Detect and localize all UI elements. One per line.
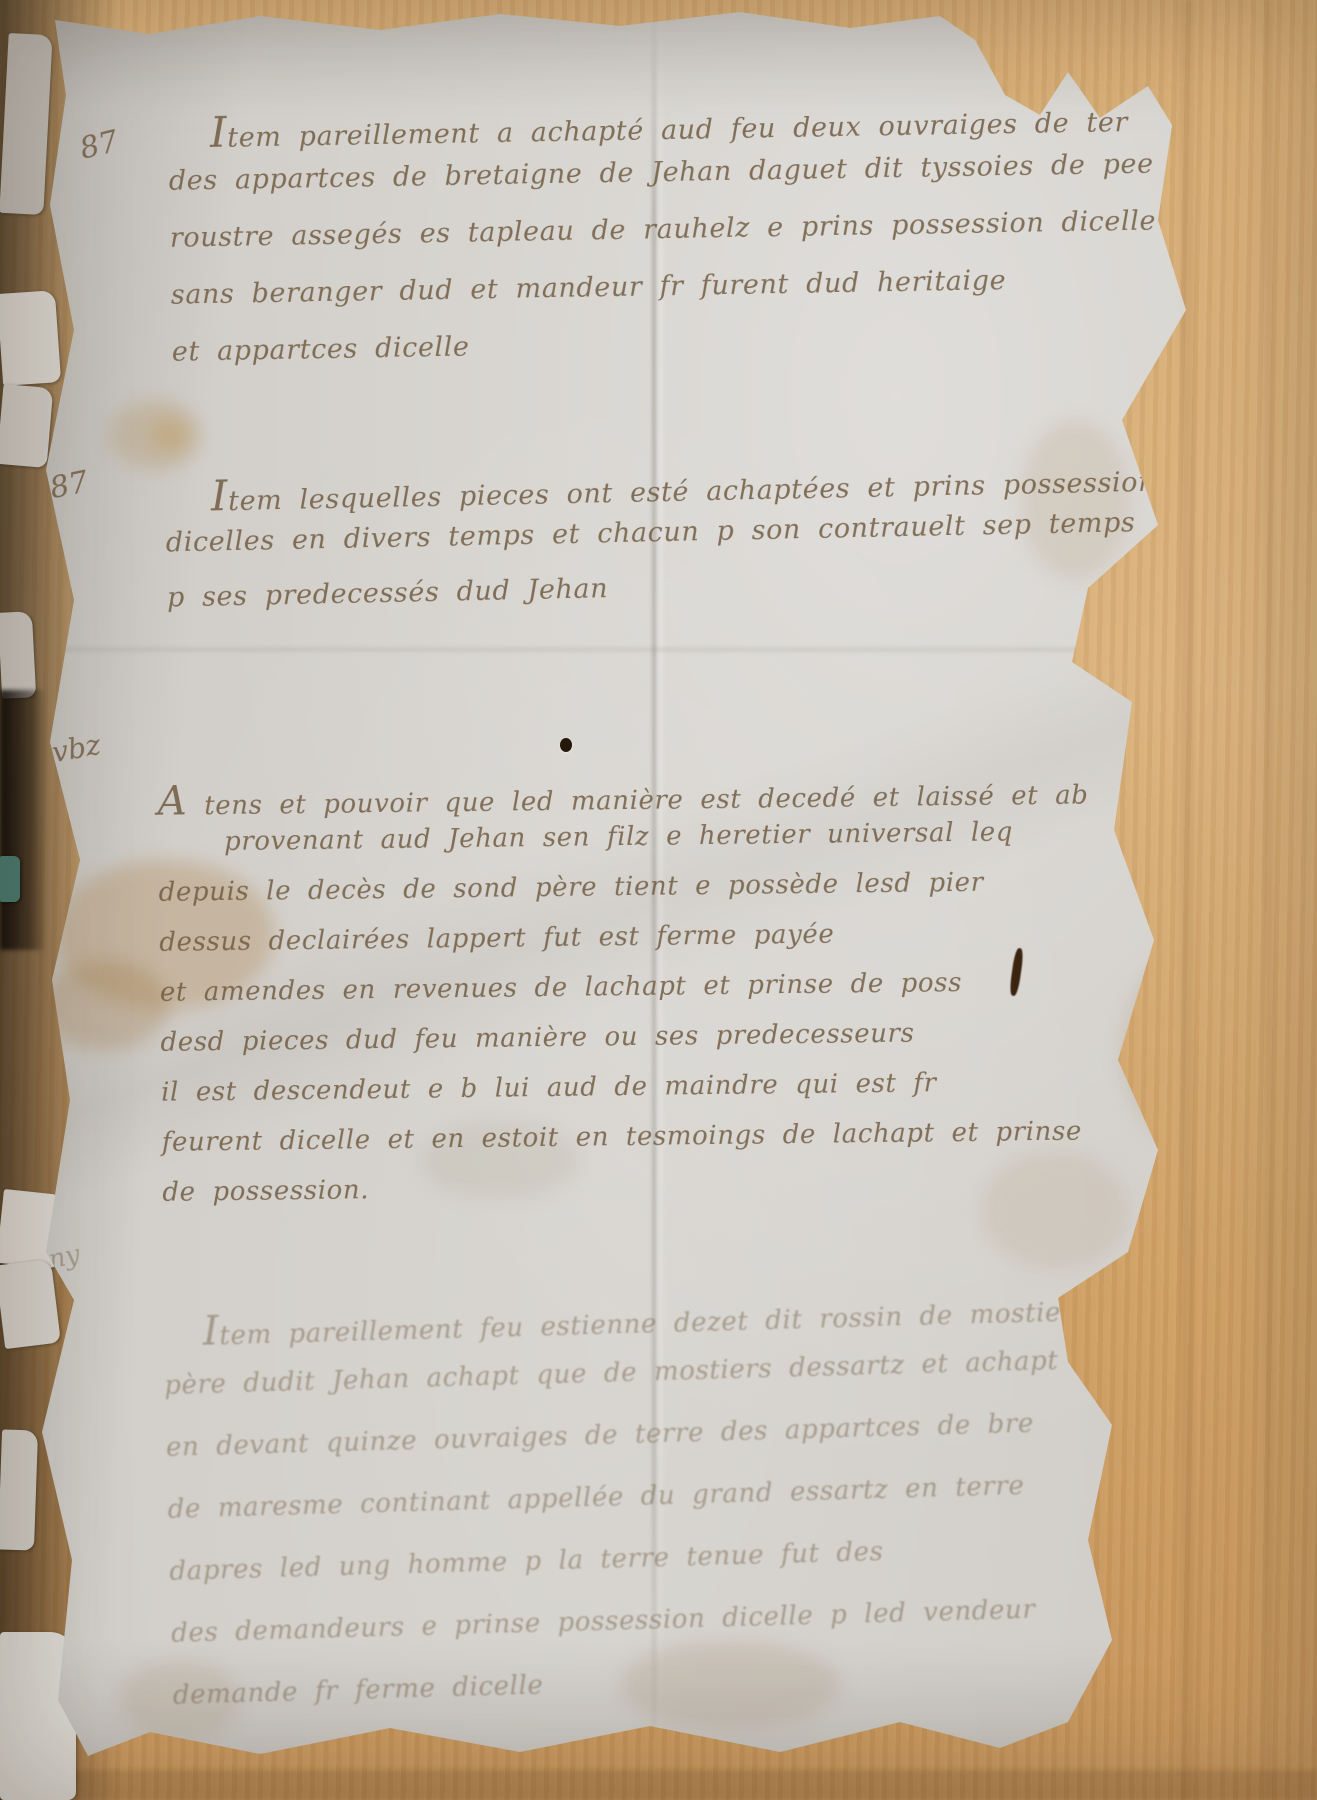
foxing-spot: [150, 418, 190, 452]
margin-mark: vbz: [50, 728, 103, 769]
horizontal-fold-crease: [60, 648, 1120, 651]
underlying-page-edge: [0, 611, 36, 699]
wood-grain-streak: [1180, 0, 1194, 1800]
manuscript-paragraph: Item pareillement feu estienne dezet dit…: [162, 1283, 1085, 1742]
underlying-page-edge: [0, 1259, 61, 1349]
manuscript-paragraph: Item pareillement a achapté aud feu deux…: [168, 91, 1159, 393]
margin-mark: 87: [76, 124, 122, 167]
wormhole: [560, 738, 572, 752]
wood-grain-streak: [0, 1770, 1317, 1800]
margin-mark: 87: [47, 464, 92, 506]
teal-ribbon-marker: [0, 856, 20, 902]
manuscript-paragraph: Item lesquelles pieces ont esté achaptée…: [164, 452, 1158, 638]
underlying-page-edge: [0, 384, 53, 468]
manuscript-paragraph: A tens et pouvoir que led manière est de…: [157, 766, 1093, 1227]
underlying-page-edge: [0, 1429, 38, 1550]
photo-stage: 87 Item pareillement a achapté aud feu d…: [0, 0, 1317, 1800]
wood-grain-streak: [1265, 0, 1273, 1800]
manuscript-line: de possession.: [162, 1166, 1093, 1227]
book-gutter-dark-slot: [0, 690, 46, 950]
underlying-page-edge: [0, 290, 61, 386]
